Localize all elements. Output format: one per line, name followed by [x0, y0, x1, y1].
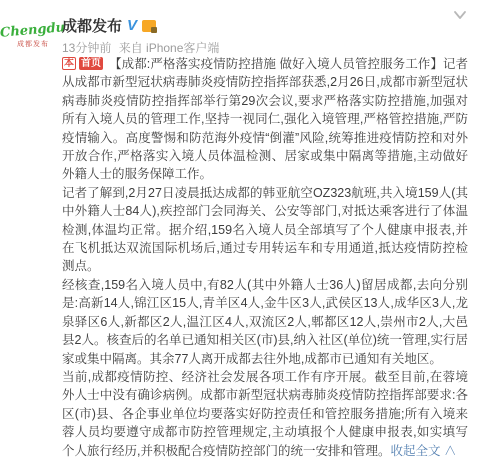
avatar-chinese-text: 成都发布: [17, 39, 49, 49]
post-source: 来自 iPhone客户端: [119, 41, 220, 55]
post-paragraph: 经核查,159名入境人员中,有82人(其中外籍人士36人)留居成都,去向分别是:…: [62, 276, 468, 368]
verified-badge-icon: V: [127, 17, 137, 34]
post-paragraph: 记者了解到,2月27日凌晨抵达成都的韩亚航空OZ323航班,共入境159人(其中…: [62, 184, 468, 276]
membership-badge-icon: [142, 20, 156, 32]
avatar-english-text: Chengdu: [0, 20, 66, 41]
collapse-full-text-link[interactable]: 收起全文 ∧: [390, 444, 456, 457]
author-name[interactable]: 成都发布: [62, 15, 122, 36]
post-text: 本首页【成都:严格落实疫情防控措施 做好入境人员管控服务工作】记者从成都市新型冠…: [62, 55, 468, 457]
post-paragraph: 当前,成都疫情防控、经济社会发展各项工作有序开展。截至目前,在蓉境外人士中没有确…: [62, 368, 468, 457]
post-timestamp: 13分钟前: [62, 41, 111, 55]
chevron-down-icon[interactable]: [450, 5, 470, 25]
post-meta: 13分钟前 来自 iPhone客户端: [62, 39, 223, 56]
author-name-row: 成都发布 V: [62, 15, 156, 36]
post-tag-outline-badge: 本: [62, 57, 76, 70]
weibo-post-card: Chengdu 成都发布 成都发布 V 13分钟前 来自 iPhone客户端 本…: [0, 0, 480, 457]
author-avatar[interactable]: Chengdu 成都发布: [8, 16, 58, 56]
post-paragraph: 本首页【成都:严格落实疫情防控措施 做好入境人员管控服务工作】记者从成都市新型冠…: [62, 55, 468, 184]
post-tag-homepage-badge: 首页: [79, 57, 103, 70]
